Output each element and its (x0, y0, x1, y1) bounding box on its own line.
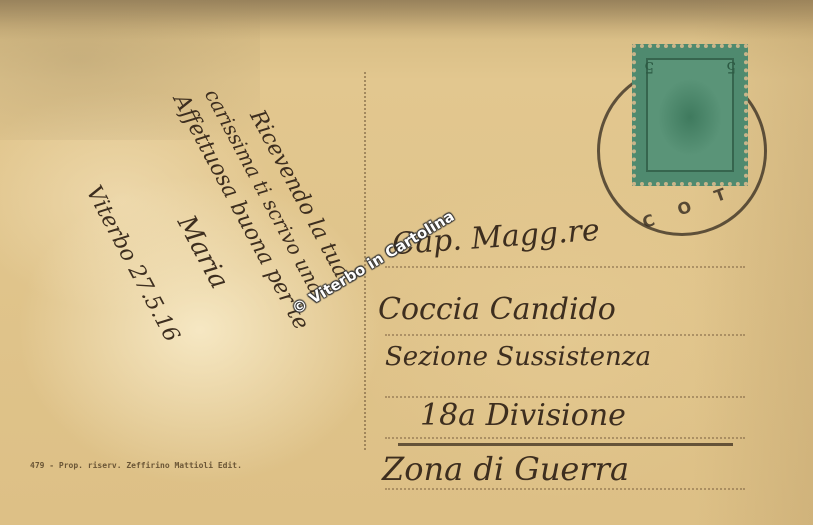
address-underline (398, 443, 733, 446)
postage-stamp: 5 5 (632, 44, 748, 186)
stamp-portrait (646, 58, 734, 172)
address-line-zone: Zona di Guerra (382, 450, 629, 488)
postmark-text: C O T (640, 181, 738, 232)
address-line-unit: Sezione Sussistenza (385, 342, 651, 372)
publisher-imprint: 479 - Prop. riserv. Zeffirino Mattioli E… (30, 461, 242, 470)
address-guide-line (385, 437, 745, 439)
address-guide-line (385, 334, 745, 336)
stamp-value: 5 (726, 58, 736, 77)
address-line-division: 18a Divisione (420, 398, 626, 433)
address-guide-line (385, 266, 745, 268)
address-guide-line (385, 488, 745, 490)
signature: Maria (171, 211, 234, 294)
address-line-name: Coccia Candido (378, 292, 616, 327)
stamp-value: 5 (644, 58, 654, 77)
place-date: Viterbo 27.5.16 (81, 182, 184, 347)
postcard-back: Ricevendo la tua carissima ti scrivo una… (0, 0, 813, 525)
